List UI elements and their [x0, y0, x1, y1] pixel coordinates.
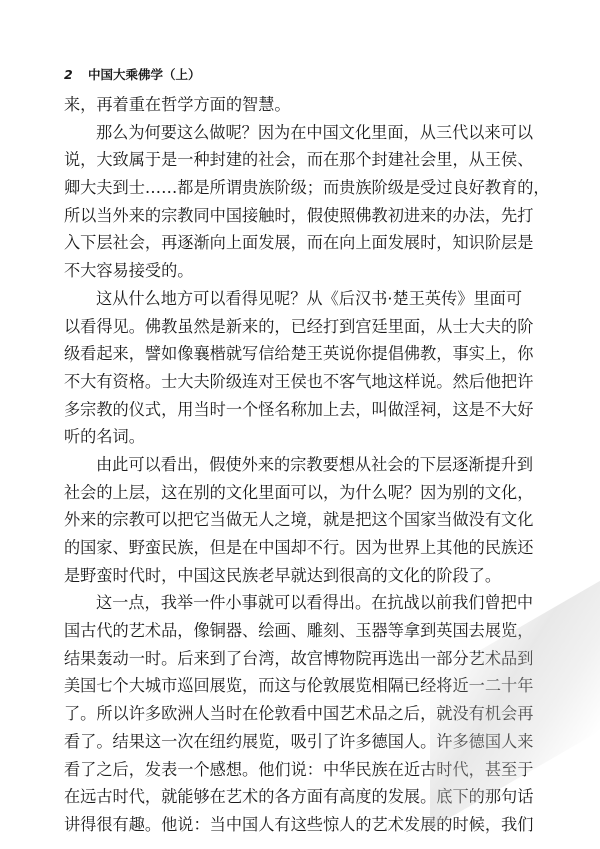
text-line: 由此可以看出，假使外来的宗教要想从社会的下层逐渐提升到 — [64, 451, 522, 479]
text-line: 结果轰动一时。后来到了台湾，故宫博物院再选出一部分艺术品到 — [64, 645, 522, 673]
text-line: 入下层社会，再逐渐向上面发展，而在向上面发展时，知识阶层是 — [64, 229, 522, 257]
page-header: 2 中国大乘佛学（上） — [64, 64, 201, 84]
text-line: 美国七个大城市巡回展览，而这与伦敦展览相隔已经将近一二十年 — [64, 672, 522, 700]
running-title: 中国大乘佛学（上） — [88, 65, 201, 83]
text-line: 说，大致属于是一种封建的社会，而在那个封建社会里，从王侯、 — [64, 146, 522, 174]
body-text: 来，再着重在哲学方面的智慧。那么为何要这么做呢？因为在中国文化里面，从三代以来可… — [64, 91, 522, 839]
text-line: 不大容易接受的。 — [64, 257, 522, 285]
text-line: 看了。结果这一次在纽约展览，吸引了许多德国人。许多德国人来 — [64, 728, 522, 756]
text-line: 讲得很有趣。他说：当中国人有这些惊人的艺术发展的时候，我们 — [64, 811, 522, 839]
text-line: 国古代的艺术品，像铜器、绘画、雕刻、玉器等拿到英国去展览， — [64, 617, 522, 645]
text-line: 看了之后，发表一个感想。他们说：中华民族在近古时代，甚至于 — [64, 756, 522, 784]
text-line: 是野蛮时代时，中国这民族老早就达到很高的文化的阶段了。 — [64, 562, 522, 590]
text-line: 级看起来，譬如像襄楷就写信给楚王英说你提倡佛教，事实上，你 — [64, 340, 522, 368]
text-line: 那么为何要这么做呢？因为在中国文化里面，从三代以来可以 — [64, 119, 522, 147]
page-number: 2 — [64, 67, 88, 82]
text-line: 来，再着重在哲学方面的智慧。 — [64, 91, 522, 119]
text-line: 了。所以许多欧洲人当时在伦敦看中国艺术品之后，就没有机会再 — [64, 700, 522, 728]
text-line: 外来的宗教可以把它当做无人之境，就是把这个国家当做没有文化 — [64, 506, 522, 534]
text-line: 在远古时代，就能够在艺术的各方面有高度的发展。底下的那句话 — [64, 783, 522, 811]
text-line: 卿大夫到士……都是所谓贵族阶级；而贵族阶级是受过良好教育的， — [64, 174, 522, 202]
text-line: 以看得见。佛教虽然是新来的，已经打到宫廷里面，从士大夫的阶 — [64, 313, 522, 341]
text-line: 所以当外来的宗教同中国接触时，假使照佛教初进来的办法，先打 — [64, 202, 522, 230]
text-line: 多宗教的仪式，用当时一个怪名称加上去，叫做淫祠，这是不大好 — [64, 396, 522, 424]
text-line: 这从什么地方可以看得见呢？从《后汉书·楚王英传》里面可 — [64, 285, 522, 313]
text-line: 的国家、野蛮民族，但是在中国却不行。因为世界上其他的民族还 — [64, 534, 522, 562]
text-line: 听的名词。 — [64, 423, 522, 451]
text-line: 这一点，我举一件小事就可以看得出。在抗战以前我们曾把中 — [64, 589, 522, 617]
text-line: 社会的上层，这在别的文化里面可以，为什么呢？因为别的文化， — [64, 479, 522, 507]
text-line: 不大有资格。士大夫阶级连对王侯也不客气地这样说。然后他把许 — [64, 368, 522, 396]
